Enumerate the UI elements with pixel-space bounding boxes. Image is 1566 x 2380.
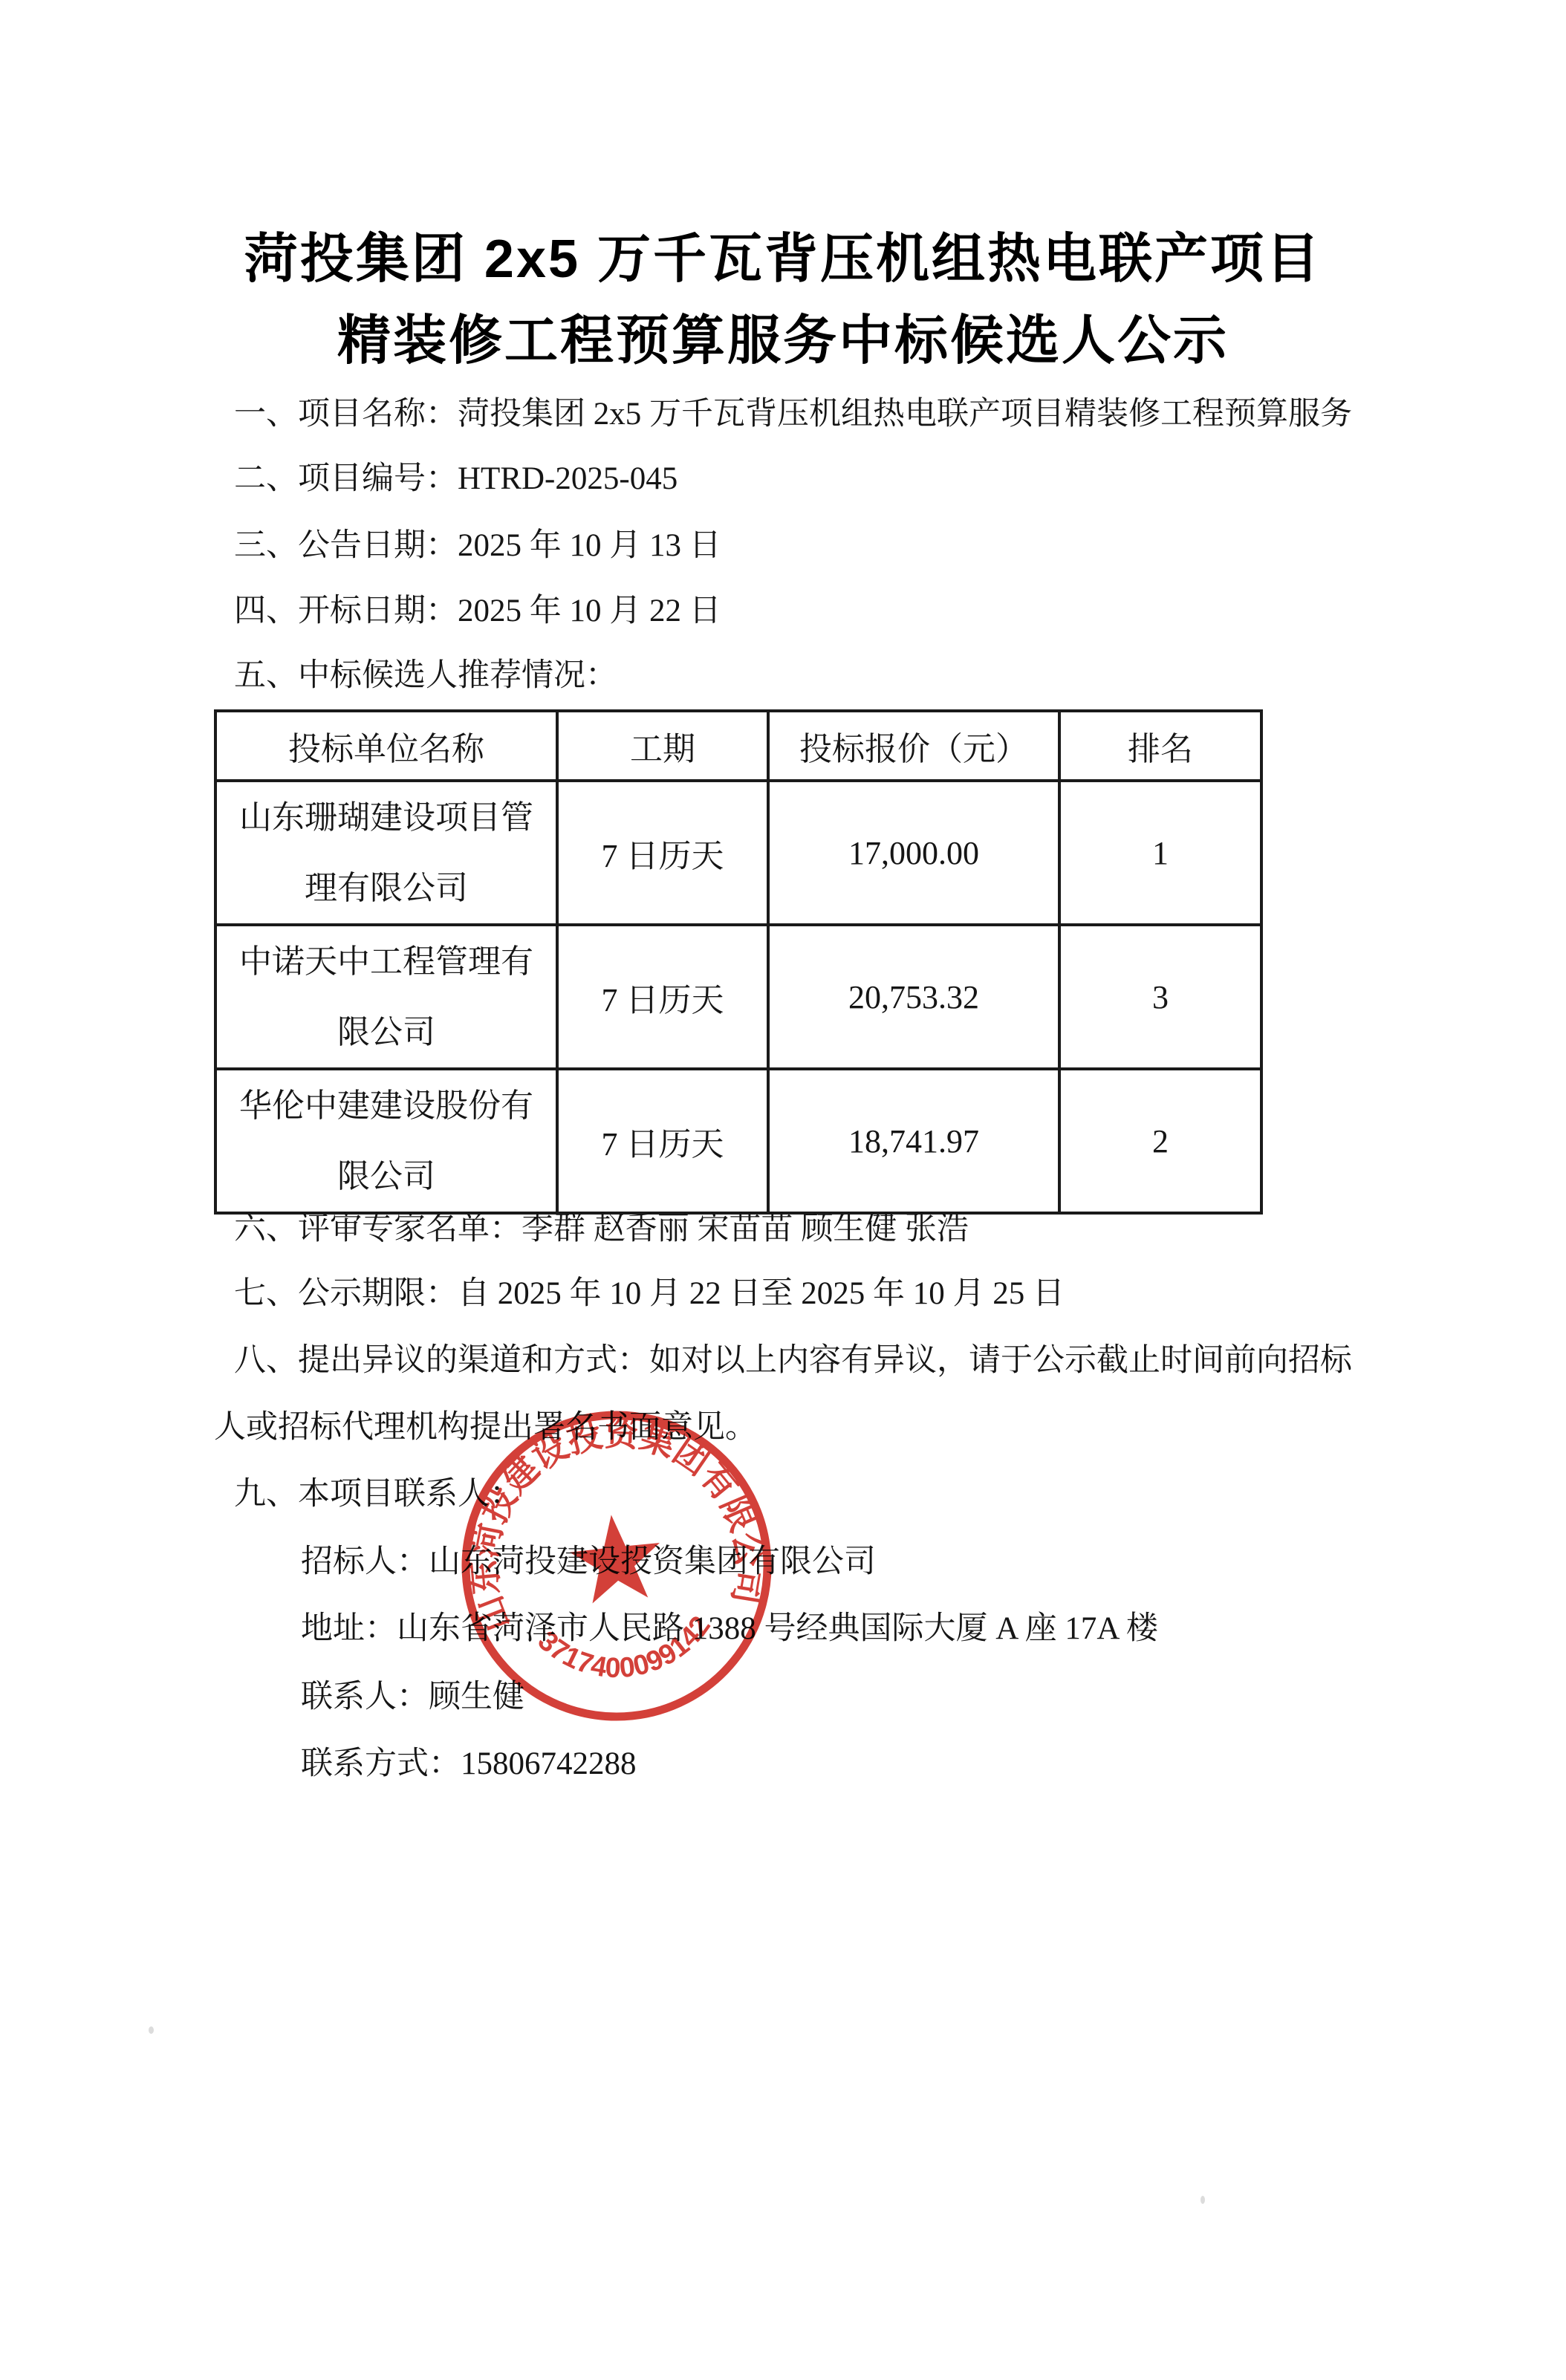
table-row: 山东珊瑚建设项目管理有限公司 7 日历天 17,000.00 1 bbox=[215, 781, 1261, 925]
item-contact-heading: 九、本项目联系人： bbox=[234, 1472, 522, 1517]
table-header-row: 投标单位名称 工期 投标报价（元） 排名 bbox=[215, 711, 1261, 781]
document-title-line2: 精装修工程预算服务中标候选人公示 bbox=[0, 297, 1566, 374]
item-project-name: 一、项目名称：菏投集团 2x5 万千瓦背压机组热电联产项目精装修工程预算服务 bbox=[234, 392, 1352, 437]
cell-bid-price: 18,741.97 bbox=[768, 1069, 1059, 1213]
cell-duration: 7 日历天 bbox=[557, 1069, 768, 1213]
cell-bidder-name: 中诺天中工程管理有限公司 bbox=[215, 925, 557, 1069]
cell-rank: 3 bbox=[1059, 925, 1261, 1069]
cell-bidder-name: 山东珊瑚建设项目管理有限公司 bbox=[215, 781, 557, 925]
scan-speckle bbox=[1201, 2196, 1205, 2204]
item-publicity-period: 七、公示期限：自 2025 年 10 月 22 日至 2025 年 10 月 2… bbox=[234, 1272, 1065, 1316]
header-duration: 工期 bbox=[557, 711, 768, 781]
item-project-number: 二、项目编号：HTRD-2025-045 bbox=[234, 457, 678, 501]
header-bidder-name: 投标单位名称 bbox=[215, 711, 557, 781]
document-page: 菏投集团 2x5 万千瓦背压机组热电联产项目 精装修工程预算服务中标候选人公示 … bbox=[0, 0, 1566, 2380]
item-bid-open-date: 四、开标日期：2025 年 10 月 22 日 bbox=[234, 589, 721, 634]
header-bid-price: 投标报价（元） bbox=[768, 711, 1059, 781]
item-candidates-heading: 五、中标候选人推荐情况： bbox=[234, 654, 617, 698]
item-experts: 六、评审专家名单：李群 赵香丽 宋苗苗 顾生健 张浩 bbox=[234, 1207, 969, 1252]
contact-phone: 联系方式：15806742288 bbox=[301, 1742, 637, 1786]
contact-tenderer: 招标人：山东菏投建设投资集团有限公司 bbox=[301, 1540, 876, 1584]
cell-rank: 2 bbox=[1059, 1069, 1261, 1213]
cell-duration: 7 日历天 bbox=[557, 925, 768, 1069]
cell-bid-price: 17,000.00 bbox=[768, 781, 1059, 925]
item-objection-line2: 人或招标代理机构提出署名书面意见。 bbox=[214, 1405, 757, 1450]
header-rank: 排名 bbox=[1059, 711, 1261, 781]
document-title-line1: 菏投集团 2x5 万千瓦背压机组热电联产项目 bbox=[0, 215, 1566, 293]
table-row: 华伦中建建设股份有限公司 7 日历天 18,741.97 2 bbox=[215, 1069, 1261, 1213]
cell-bid-price: 20,753.32 bbox=[768, 925, 1059, 1069]
scan-speckle bbox=[149, 2026, 154, 2034]
cell-rank: 1 bbox=[1059, 781, 1261, 925]
table-row: 中诺天中工程管理有限公司 7 日历天 20,753.32 3 bbox=[215, 925, 1261, 1069]
cell-duration: 7 日历天 bbox=[557, 781, 768, 925]
cell-bidder-name: 华伦中建建设股份有限公司 bbox=[215, 1069, 557, 1213]
item-announce-date: 三、公告日期：2025 年 10 月 13 日 bbox=[234, 524, 721, 568]
contact-address: 地址：山东省菏泽市人民路 1388 号经典国际大厦 A 座 17A 楼 bbox=[301, 1607, 1158, 1651]
contact-person: 联系人：顾生健 bbox=[301, 1675, 524, 1720]
item-objection-line1: 八、提出异议的渠道和方式：如对以上内容有异议，请于公示截止时间前向招标 bbox=[234, 1339, 1352, 1383]
candidates-table: 投标单位名称 工期 投标报价（元） 排名 山东珊瑚建设项目管理有限公司 7 日历… bbox=[214, 709, 1263, 1215]
